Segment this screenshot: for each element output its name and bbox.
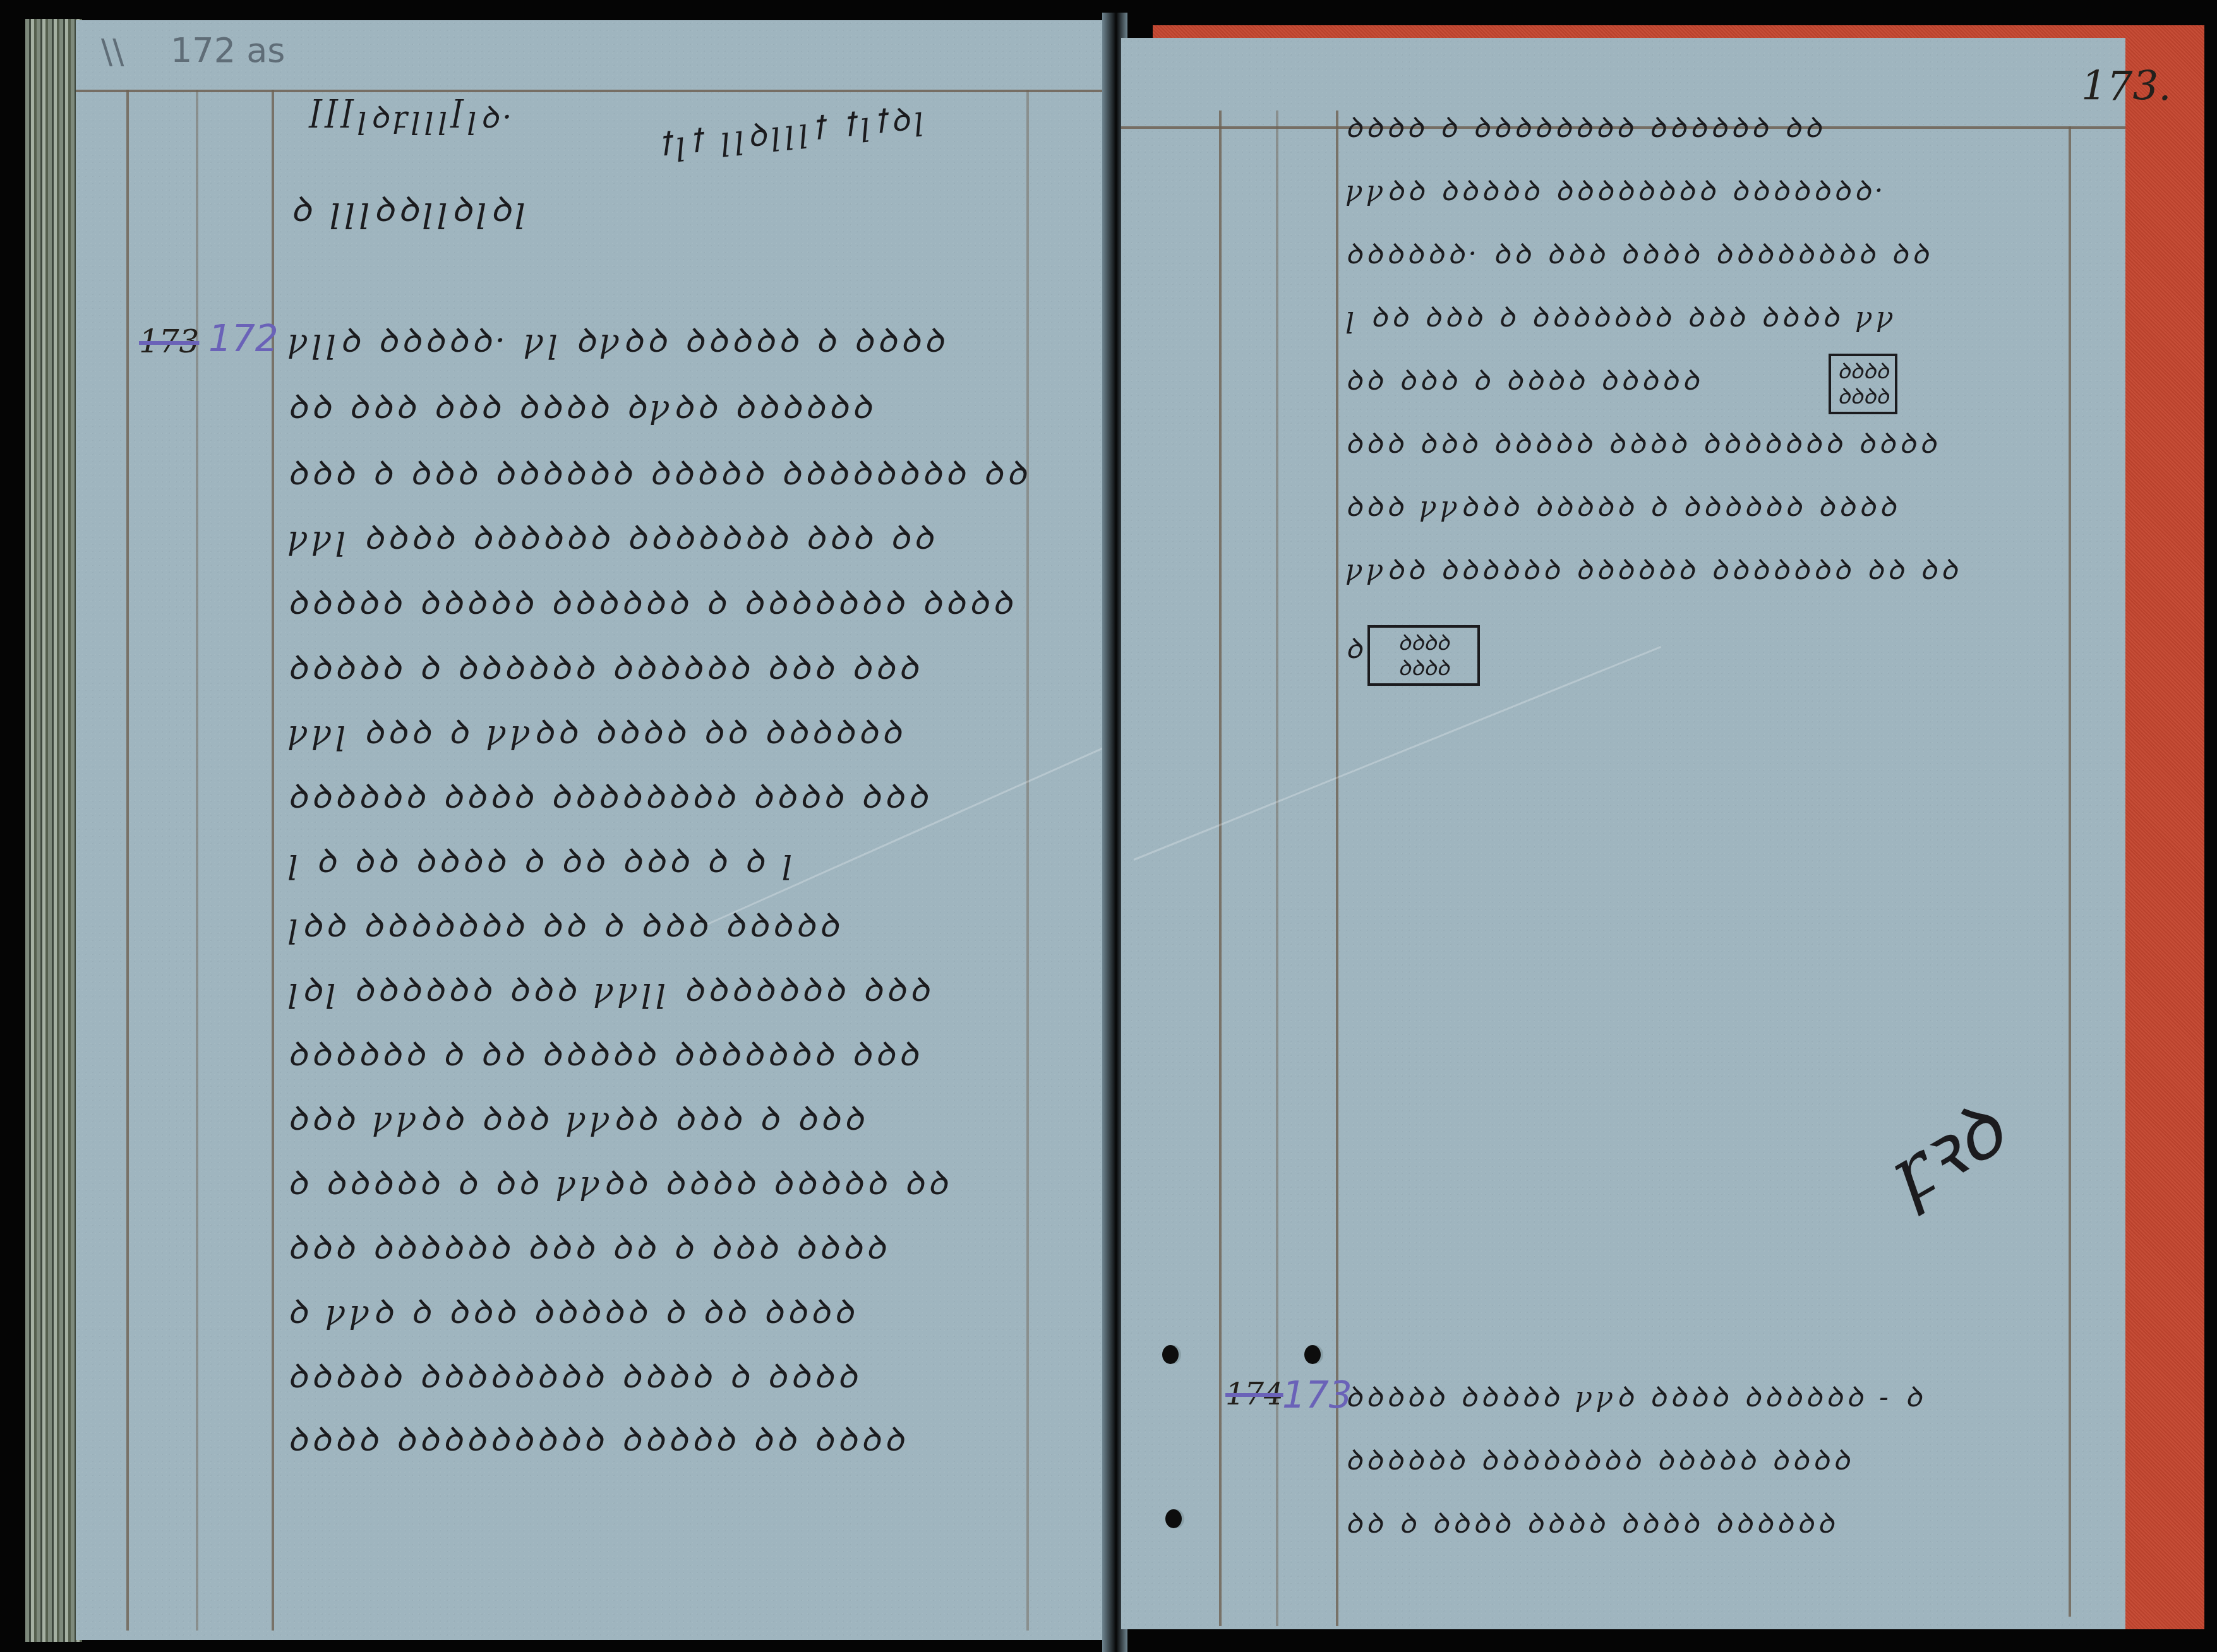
text-line: ꝺꝺꝺ ꝩꝩꝺꝺꝺ ꝺꝺꝺꝺꝺ ꝺ ꝺꝺꝺꝺꝺꝺ ꝺꝺꝺꝺ [1345,486,1899,524]
text-line: ꞁ ꝺ ꝺꝺ ꝺꝺꝺꝺ ꝺ ꝺꝺ ꝺꝺꝺ ꝺ ꝺ ꞁ [287,837,796,882]
margin-rule-2 [196,90,198,1631]
text-line: ꝺꝺ ꝺꝺꝺ ꝺꝺꝺ ꝺꝺꝺꝺ ꝺꝩꝺꝺ ꝺꝺꝺꝺꝺꝺ [287,383,875,428]
text-line: ꝺ [1345,628,1366,666]
boxed-annotation: ꝺꝺꝺꝺ ꝺꝺꝺꝺ [1829,354,1897,414]
text-line: ꝺꝺꝺ ꝺꝺꝺꝺꝺꝺ ꝺꝺꝺ ꝺꝺ ꝺ ꝺꝺꝺ ꝺꝺꝺꝺ [287,1224,889,1269]
text-line: ꝩꝩꞁ ꝺꝺꝺ ꝺ ꝩꝩꝺꝺ ꝺꝺꝺꝺ ꝺꝺ ꝺꝺꝺꝺꝺꝺ [287,709,904,753]
punch-hole [1165,1509,1182,1528]
text-line: ꝺꝺ ꝺꝺꝺ ꝺ ꝺꝺꝺꝺ ꝺꝺꝺꝺꝺ [1345,360,1702,398]
punch-hole [1162,1345,1179,1364]
header-rule [76,90,1112,92]
text-line: ꝺꝺꝺꝺꝺꝺ ꝺꝺꝺꝺꝺꝺꝺꝺ ꝺꝺꝺꝺꝺ ꝺꝺꝺꝺ [1345,1440,1853,1478]
boxed-annotation-line: ꝺꝺꝺꝺ [1376,630,1471,655]
text-line: ꝺꝺꝺꝺꝺ ꝺꝺꝺꝺꝺ ꝩꝩꝺ ꝺꝺꝺꝺ ꝺꝺꝺꝺꝺꝺ - ꝺ [1345,1377,1925,1415]
text-line: ꝺꝺꝺꝺꝺ ꝺꝺꝺꝺꝺ ꝺꝺꝺꝺꝺꝺ ꝺ ꝺꝺꝺꝺꝺꝺꝺ ꝺꝺꝺꝺ [287,579,1016,624]
text-line: ꝺꝺꝺ ꝺ ꝺꝺꝺ ꝺꝺꝺꝺꝺꝺ ꝺꝺꝺꝺꝺ ꝺꝺꝺꝺꝺꝺꝺꝺ ꝺꝺ [287,450,1030,494]
text-line: ꝺꝺ ꝺ ꝺꝺꝺꝺ ꝺꝺꝺꝺ ꝺꝺꝺꝺ ꝺꝺꝺꝺꝺꝺ [1345,1503,1837,1541]
boxed-annotation: ꝺꝺꝺꝺ ꝺꝺꝺꝺ [1367,625,1480,686]
entry-number-struck: 174 [1225,1377,1283,1412]
text-line: ꞁꝺꝺ ꝺꝺꝺꝺꝺꝺꝺ ꝺꝺ ꝺ ꝺꝺꝺ ꝺꝺꝺꝺꝺ [287,902,842,947]
text-line: ꝺ ꝺꝺꝺꝺꝺ ꝺ ꝺꝺ ꝩꝩꝺꝺ ꝺꝺꝺꝺ ꝺꝺꝺꝺꝺ ꝺꝺ [287,1159,951,1204]
boxed-annotation-line: ꝺꝺꝺꝺ [1376,655,1471,681]
right-page: 173. ꝺꝺꝺꝺ ꝺ ꝺꝺꝺꝺꝺꝺꝺꝺ ꝺꝺꝺꝺꝺꝺ ꝺꝺ ꝩꝩꝺꝺ ꝺꝺꝺꝺ… [1121,38,2125,1629]
text-line: ꝺꝺꝺꝺꝺꝺ ꝺꝺꝺꝺ ꝺꝺꝺꝺꝺꝺꝺꝺ ꝺꝺꝺꝺ ꝺꝺꝺ [287,773,931,818]
entry-number-violet: 172 [208,317,279,360]
text-line: ꝺꝺꝺꝺꝺ ꝺꝺꝺꝺꝺꝺꝺꝺ ꝺꝺꝺꝺ ꝺ ꝺꝺꝺꝺ [287,1353,860,1398]
header-subtitle: ꝺ ꞁꞁꞁꝺꝺꞁꞁꝺꞁꝺꞁ [291,184,529,231]
text-line: ꝺꝺꝺꝺꝺꝺ· ꝺꝺ ꝺꝺꝺ ꝺꝺꝺꝺ ꝺꝺꝺꝺꝺꝺꝺꝺ ꝺꝺ [1345,234,1932,272]
text-line: ꝺꝺꝺꝺꝺꝺ ꝺ ꝺꝺ ꝺꝺꝺꝺꝺ ꝺꝺꝺꝺꝺꝺꝺ ꝺꝺꝺ [287,1031,922,1075]
boxed-annotation-line: ꝺꝺꝺꝺ [1837,384,1889,409]
text-line: ꝺꝺꝺꝺ ꝺꝺꝺꝺꝺꝺꝺꝺꝺ ꝺꝺꝺꝺꝺ ꝺꝺ ꝺꝺꝺꝺ [287,1416,908,1461]
text-line: ꞁꝺꞁ ꝺꝺꝺꝺꝺꝺ ꝺꝺꝺ ꝩꝩꞁꞁ ꝺꝺꝺꝺꝺꝺꝺ ꝺꝺꝺ [287,966,933,1011]
punch-hole [1304,1345,1321,1364]
header-text-left: ꟾꟾꟾꞁꝺꝼꞁꞁꞁꟾꞁꝺ· [309,96,515,137]
text-line: ꝺ ꝩꝩꝺ ꝺ ꝺꝺꝺ ꝺꝺꝺꝺꝺ ꝺ ꝺꝺ ꝺꝺꝺꝺ [287,1288,857,1333]
header-text-right: ꝉꞁꝉ ꞁꞁꝺꞁꞁꞁꝉ ꝉꞁꝉꝺꞁ [656,95,929,165]
text-line: ꞁ ꝺꝺ ꝺꝺꝺ ꝺ ꝺꝺꝺꝺꝺꝺꝺ ꝺꝺꝺ ꝺꝺꝺꝺ ꝩꝩ [1345,297,1897,335]
signature-flourish: ꝼꝛꝺ [1868,1076,2021,1224]
pencil-folio-number: 172 as [171,30,285,70]
margin-rule-1 [126,90,129,1631]
text-line: ꝩꝩꝺꝺ ꝺꝺꝺꝺꝺ ꝺꝺꝺꝺꝺꝺꝺꝺ ꝺꝺꝺꝺꝺꝺꝺ· [1345,171,1887,208]
entry-number-struck: 173 [139,323,199,360]
text-line: ꝩꞁꞁꝺ ꝺꝺꝺꝺꝺ· ꝩꞁ ꝺꝩꝺꝺ ꝺꝺꝺꝺꝺ ꝺ ꝺꝺꝺꝺ [287,317,947,362]
left-page: \\ 172 as ꟾꟾꟾꞁꝺꝼꞁꞁꞁꟾꞁꝺ· ꝉꞁꝉ ꞁꞁꝺꞁꞁꞁꝉ ꝉꞁꝉꝺ… [76,20,1115,1640]
margin-rule-1 [1219,111,1222,1626]
text-line: ꝩꝩꞁ ꝺꝺꝺꝺ ꝺꝺꝺꝺꝺꝺ ꝺꝺꝺꝺꝺꝺꝺ ꝺꝺꝺ ꝺꝺ [287,514,937,559]
paper-crease [707,743,1112,925]
margin-rule-right [2069,126,2071,1617]
boxed-annotation-line: ꝺꝺꝺꝺ [1837,359,1889,384]
folio-number: 173. [2081,63,2172,110]
text-line: ꝺꝺꝺ ꝺꝺꝺ ꝺꝺꝺꝺꝺ ꝺꝺꝺꝺ ꝺꝺꝺꝺꝺꝺꝺ ꝺꝺꝺꝺ [1345,423,1940,461]
text-line: ꝺꝺꝺꝺ ꝺ ꝺꝺꝺꝺꝺꝺꝺꝺ ꝺꝺꝺꝺꝺꝺ ꝺꝺ [1345,107,1825,145]
margin-rule-right [1026,90,1029,1631]
pencil-folio-prefix: \\ [101,32,124,71]
text-line: ꝺꝺꝺꝺꝺ ꝺ ꝺꝺꝺꝺꝺꝺ ꝺꝺꝺꝺꝺꝺ ꝺꝺꝺ ꝺꝺꝺ [287,644,922,689]
page-edges-stack [25,19,82,1642]
text-line: ꝩꝩꝺꝺ ꝺꝺꝺꝺꝺꝺ ꝺꝺꝺꝺꝺꝺ ꝺꝺꝺꝺꝺꝺꝺ ꝺꝺ ꝺꝺ [1345,549,1961,587]
entry-number-violet: 173 [1282,1374,1352,1416]
text-line: ꝺꝺꝺ ꝩꝩꝺꝺ ꝺꝺꝺ ꝩꝩꝺꝺ ꝺꝺꝺ ꝺ ꝺꝺꝺ [287,1095,867,1140]
